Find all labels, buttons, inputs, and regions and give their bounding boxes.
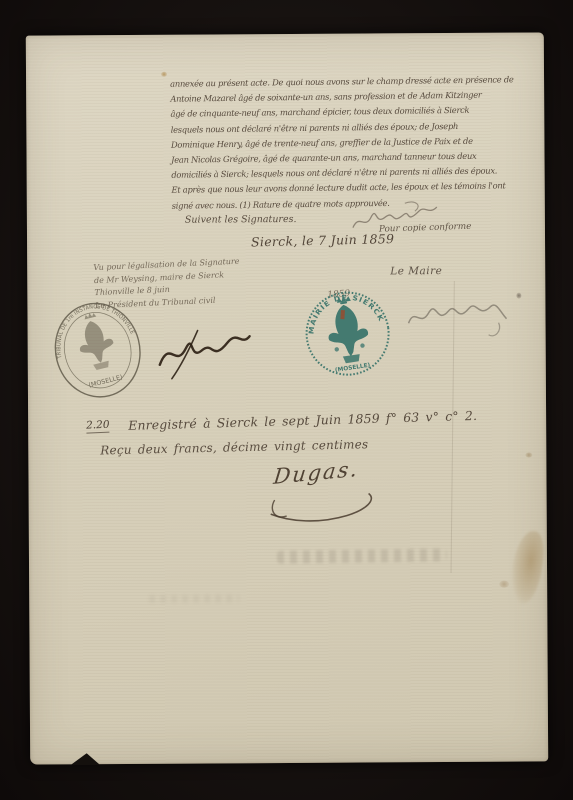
document-page: annexée au présent acte. De quoi nous av… <box>26 32 548 764</box>
registration-fee: 2.20 <box>86 419 110 434</box>
tribunal-eagle-icon <box>72 309 119 373</box>
registrar-signature: Dugas. <box>272 457 360 489</box>
act-text-block: annexée au présent acte. De quoi nous av… <box>170 72 516 213</box>
foxing-spot <box>161 72 167 77</box>
place-date-line: Sierck, le 7 Juin 1859 <box>251 231 395 249</box>
paper-edge-tear <box>70 753 100 765</box>
tribunal-stamp: TRIBUNAL DE 1re INSTANCE DE THIONVILLE (… <box>45 293 150 408</box>
foxing-spot <box>516 293 521 299</box>
signatures-note: Suivent les Signatures. <box>185 214 297 226</box>
registration-line: Enregistré à Sierck le sept Juin 1859 f°… <box>128 408 477 433</box>
president-signature <box>146 324 266 385</box>
mayor-signature <box>402 289 512 346</box>
tribunal-stamp-bottom-text: (MOSELLE) <box>88 373 124 389</box>
foxing-spot <box>525 453 532 458</box>
paper-stain <box>507 529 547 606</box>
mairie-stamp: MAIRIE DE SIERCK (MOSELLE) <box>299 285 396 382</box>
registration-line: Reçu deux francs, décime vingt centimes <box>100 437 368 457</box>
foxing-spot <box>499 581 509 588</box>
ink-bleedthrough-marks <box>149 594 239 603</box>
photograph-of-archival-document: { "document": { "act_lines": [ "annexée … <box>0 0 573 800</box>
ink-bleedthrough-marks <box>277 548 447 564</box>
mayor-title: Le Maire <box>390 265 442 277</box>
mairie-stamp-bottom-text: (MOSELLE) <box>335 363 371 374</box>
paper-crease <box>451 281 455 573</box>
